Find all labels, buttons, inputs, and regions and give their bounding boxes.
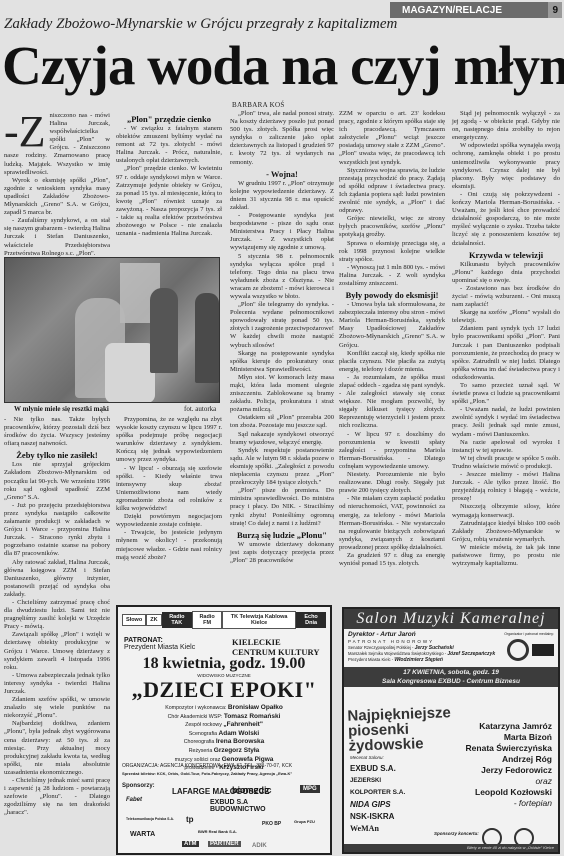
media-logos: Słowo ZK Radio TAK Radio FM TK Telewizja…	[118, 607, 330, 633]
paragraph: Młyn stoi. W komorach leży masa mąki, kt…	[230, 374, 334, 414]
event-venue: Sala Kongresowa EXBUD - Centrum Biznesu	[344, 677, 558, 686]
sponsor-logo: PARTNER	[208, 841, 241, 847]
paragraph: Zdaniem pani syndyk tych 17 ludzi było p…	[452, 325, 560, 382]
patronat: PATRONAT: Prezydent Miasta Kielc	[124, 637, 195, 651]
logo-radio-tak: Radio TAK	[162, 612, 193, 628]
event-bar: 17 KWIETNIA, sobota, godz. 19 Sala Kongr…	[344, 667, 558, 687]
sponsor-logo: Telekomunikacja Polska S.A.	[126, 817, 174, 821]
subheading: Burzą się ludzie „Plonu"	[230, 530, 334, 540]
subheading: Były powody do eksmisji!	[339, 290, 445, 300]
paragraph: To samo przecież uznał sąd. W świetle pr…	[452, 382, 560, 406]
photo-sack	[105, 343, 155, 403]
article-photo	[4, 257, 220, 403]
logo-echo: Echo Dnia	[296, 612, 326, 628]
event-date: 18 kwietnia, godz. 19.00	[118, 655, 330, 673]
ad-banner: Salon Muzyki Kameralnej	[344, 609, 558, 629]
paragraph: - Chcieliśmy jednak mieć sami pracę i za…	[4, 777, 110, 817]
paragraph: 5 stycznia 98 r. pełnomocnik syndyka wył…	[230, 253, 334, 302]
paragraph: Zawiązali spółkę „Plon" i wzięli w dzier…	[4, 631, 110, 671]
section-label: MAGAZYN/RELACJE	[402, 5, 502, 16]
sponsor-logo: tp	[186, 815, 194, 824]
photo-figure	[150, 288, 178, 373]
logo-tk: TK Telewizja Kablowa Kielce	[222, 611, 296, 629]
photo-caption: W młynie miele się resztki mąki	[14, 405, 109, 413]
sponsor-logo: EXBUD S.A BUDOWNICTWO	[210, 799, 280, 813]
paragraph: Najbardziej dotkliwa, zdaniem „Plonu", b…	[4, 720, 110, 777]
paragraph: Kilkunastu byłych pracowników „Plonu" ka…	[452, 261, 560, 285]
sponsor-logo: PKO BP	[262, 821, 281, 827]
mecenat-label: Mecenat Salonu:	[350, 755, 384, 760]
sponsor-logo: WeMAn	[350, 823, 430, 835]
column-2-top: „Plon" przędzie cienko - W związku z fat…	[116, 112, 222, 238]
paragraph: Los nie sprzyjał grójeckim Zakładom Zboż…	[4, 461, 110, 501]
sponsor-logo: ATM	[182, 841, 199, 847]
paragraph: - Jeszcze mielimy - mówi Halina Jurczak.…	[452, 471, 560, 503]
paragraph: W umowie dzierżawy dokonany jest zapis d…	[230, 541, 334, 565]
sponsor-logo: EXBUD S.A.	[350, 763, 430, 775]
paragraph: - W związku z fatalnym stanem obiektów z…	[116, 125, 222, 165]
paragraph: Sąd nakazuje syndykowi otworzyć bramy wj…	[230, 431, 334, 447]
credit-line: Scenografia Adam Wolski	[118, 730, 330, 739]
column-3: „Plon" trwa, ale nadal ponosi straty. Na…	[230, 110, 334, 565]
paragraph: Konflikt zaczął się, kiedy spółka nie pł…	[339, 350, 445, 374]
oraz: oraz	[466, 776, 552, 787]
column-1-lead: -Z niszczono nas - mówi Halina Jurczak, …	[4, 112, 110, 258]
sponsor-list: EXBUD S.A. JEZIERSKI KOLPORTER S.A. NIDA…	[350, 763, 430, 835]
headline: Czyja woda na czyj młyn	[2, 36, 564, 96]
kicker: Zakłady Zbożowo-Młynarskie w Grójcu prze…	[4, 16, 397, 33]
paragraph: Skargę na postępowanie syndyka spółka ki…	[230, 350, 334, 374]
paragraph: W odpowiedzi spółka wynajęła swoją ochro…	[452, 142, 560, 191]
sponsor-logo: MPG	[300, 785, 320, 793]
paragraph: - Oni czują się pokrzywdzeni - kończy Ma…	[452, 191, 560, 248]
sponsor-logo: NSK-ISKRA	[350, 811, 430, 823]
paragraph: - Chcieliśmy zatrzymać pracę choć dla dw…	[4, 599, 110, 631]
paragraph: Zdaniem szefów spółki, w umowie znalazło…	[4, 696, 110, 720]
paragraph: „Plon" pisze do premiera. Do ministra sp…	[230, 487, 334, 527]
paragraph: - Zaufaliśmy syndykowi, a on stał się na…	[4, 217, 110, 257]
paragraph: Aby ratować zakład, Halina Jurczak, głów…	[4, 559, 110, 599]
subheading: Żeby tylko nie zasiłek!	[4, 450, 110, 460]
paragraph: Sprawa o eksmisję przeciąga się, a rok 1…	[339, 240, 445, 264]
credit-line: Kompozytor i wykonawca: Bronisław Opałko	[118, 704, 330, 713]
paragraph: - Już po przejęciu przedsiębiorstwa prze…	[4, 502, 110, 559]
paragraph: Styczniowa wojna sprawia, że ludzie prze…	[339, 167, 445, 216]
sponsor-logo: Fabet	[126, 797, 142, 803]
paragraph: - Postępowanie syndyka jest bezpodstawne…	[230, 212, 334, 252]
concert-sponsors-label: Sponsorzy koncertu:	[434, 831, 479, 836]
paragraph: - Umowa była tak sformułowana, że zabezp…	[339, 301, 445, 350]
sponsor-logo: JEZIERSKI	[350, 775, 430, 787]
paragraph: - Umowa zabezpieczała jednak tylko inter…	[4, 672, 110, 696]
paragraph: Przypomina, że ze względu na zbyt wysoki…	[116, 416, 222, 465]
column-2-bottom: Przypomina, że ze względu na zbyt wysoki…	[116, 416, 222, 562]
paragraph: - Zostawiono nas bez środków do życia! -…	[452, 285, 560, 309]
credit-line: Reżyseria Grzegorz Styła	[118, 747, 330, 756]
logo-radio-fm: Radio FM	[192, 611, 222, 629]
paragraph: Ostatkiem sił „Plon" przerabia 200 ton z…	[230, 414, 334, 430]
concert-ad-dzieci-epoki: Słowo ZK Radio TAK Radio FM TK Telewizja…	[116, 605, 332, 855]
organization: ORGANIZACJA: AGENCJA KONCERTOWA „EWA-K",…	[122, 763, 326, 777]
organizer-label: Organizator i patronat medialny:	[504, 632, 554, 636]
organizer-logo-icon	[507, 639, 529, 661]
title-line: żydowskie	[348, 735, 452, 754]
artist: Jerzy Fedorowicz	[466, 765, 552, 776]
paragraph: Niszczeją olbrzymie silosy, które wymaga…	[452, 503, 560, 519]
subheading: - Wojna!	[230, 169, 334, 179]
paragraph: Stąd jej pełnomocnik wyłączył - za jej z…	[452, 110, 560, 142]
concert-ad-salon-muzyki: Salon Muzyki Kameralnej Dyrektor - Artur…	[342, 607, 560, 854]
sponsor-logo: ADIK	[252, 843, 267, 849]
paragraph: „Plon" przędzie cienko. W kwietniu 97 r.…	[116, 165, 222, 238]
subheading: Krzywda w telewizji	[452, 250, 560, 260]
media-logos	[507, 639, 554, 661]
column-4: ZZM w oparciu o art. 23' kodeksu pracy, …	[339, 110, 445, 568]
credit-line: Chór Akademicki WSP: Tomasz Romański	[118, 713, 330, 722]
venue-line: KIELECKIE	[232, 637, 319, 647]
paragraph: Grójec niewielki, więc ze strony byłych …	[339, 215, 445, 239]
paragraph: W tej chwili pracuje w spółce 5 osób. Tr…	[452, 455, 560, 471]
subheading: „Plon" przędzie cienko	[116, 114, 222, 124]
logo-zk: ZK	[146, 614, 161, 626]
sponsor-logo: NIDA GIPS	[350, 799, 430, 811]
paragraph: - Nie tylko nas. Także byłych pracownikó…	[4, 416, 110, 448]
paragraph: Zatrudniające kiedyś blisko 100 osób Zak…	[452, 520, 560, 544]
radio-logo-icon	[532, 644, 554, 656]
paragraph: Skargę na szefów „Plonu" wysłali do tele…	[452, 309, 560, 325]
paragraph: - W lipcu 97 r. doszliśmy do porozumieni…	[339, 431, 445, 471]
paragraph: Na razie apelował od wyroku I instancji …	[452, 439, 560, 455]
tickets-line: Sprzedaż biletów: KCK, Orbis, Gold-Tour,…	[122, 770, 326, 777]
artist: Renata Świerczyńska	[466, 743, 552, 754]
tickets-bar: Bilety w cenie 40 zł do nabycia w „Orbis…	[344, 844, 558, 852]
sponsors: Sponsorzy: Fabet LAFARGE MAŁOGOSZCZ biom…	[122, 783, 326, 853]
pianist-role: - fortepian	[466, 798, 552, 809]
sponsor-logo: biomedic	[232, 785, 272, 795]
sponsor-logo: KOLPORTER S.A.	[350, 787, 430, 799]
paragraph: Dzięki powtórnym negocjacjom wypowiedzen…	[116, 513, 222, 529]
credit-line: Zespół rockowy „Fahrenheit"	[118, 721, 330, 730]
patronat-label: PATRONAT:	[124, 637, 195, 644]
section-tab: MAGAZYN/RELACJE 9	[390, 2, 562, 18]
paragraph: Syndyk respektuje postanowienie sądu. Al…	[230, 447, 334, 487]
column-1-bottom: - Nie tylko nas. Także byłych pracownikó…	[4, 416, 110, 818]
artist: Marta Bizoń	[466, 732, 552, 743]
paragraph: „Plon" śle telegramy do syndyka. - Polec…	[230, 301, 334, 350]
sponsor-logo: WARTA	[130, 831, 155, 838]
patronat-value: Prezydent Miasta Kielc	[124, 644, 195, 651]
dropcap: -Z	[4, 114, 46, 150]
artist: Katarzyna Jamróz	[466, 721, 552, 732]
paragraph: - W lipcu! - oburzają się szefowie spółk…	[116, 465, 222, 514]
logo-slowo: Słowo	[122, 614, 146, 626]
pianist: Leopold Kozłowski	[466, 787, 552, 798]
paragraph: W mieście mówią, że tak jak inne państwo…	[452, 544, 560, 568]
photo-credit: fot. autorka	[184, 405, 216, 413]
paragraph: - Nie miałam czym zapłacić podatku od ni…	[339, 495, 445, 552]
event-date: 17 KWIETNIA, sobota, godz. 19	[344, 668, 558, 677]
page-number: 9	[548, 2, 562, 18]
organization-line: ORGANIZACJA: AGENCJA KONCERTOWA „EWA-K",…	[122, 763, 326, 770]
paragraph: - Uważam nadal, że ludzi powinien zwolni…	[452, 406, 560, 438]
paragraph: „Plon" trwa, ale nadal ponosi straty. Na…	[230, 110, 334, 167]
sponsor-logo: Grupa PZU	[294, 819, 315, 824]
photo-figure	[195, 293, 219, 383]
paragraph: Za grudzień 97 r. dług za energię wyniós…	[339, 552, 445, 568]
sponsor-logo: BWR Real Bank S.A.	[198, 829, 237, 834]
paragraph: Wyrok o eksmisję spółki „Plon", zgodnie …	[4, 177, 110, 217]
artist: Andrzej Róg	[466, 754, 552, 765]
paragraph: - Wynoszą już 1 mln 800 tys. - mówi Hali…	[339, 264, 445, 288]
artists: Katarzyna Jamróz Marta Bizoń Renata Świe…	[466, 721, 552, 809]
byline: BARBARA KOŚ	[232, 101, 285, 109]
paragraph: Niestety. Porozumienie nie było realizow…	[339, 471, 445, 495]
paragraph: - Ja rozumiałam, że spółka musi złapać o…	[339, 374, 445, 431]
concert-title: Najpiękniejsze piosenki żydowskie	[347, 705, 452, 754]
column-5: Stąd jej pełnomocnik wyłączył - za jej z…	[452, 110, 560, 568]
paragraph: - Trwajcie, bo jesteście jedynym młynem …	[116, 529, 222, 561]
credit-line: Choreografia Irena Borowska	[118, 738, 330, 747]
venue: KIELECKIE CENTRUM KULTURY	[232, 637, 319, 657]
paragraph: ZZM w oparciu o art. 23' kodeksu pracy, …	[339, 110, 445, 167]
paragraph: W grudniu 1997 r. „Plon" otrzymuje kolej…	[230, 180, 334, 212]
show-title: „DZIECI EPOKI"	[118, 677, 330, 703]
